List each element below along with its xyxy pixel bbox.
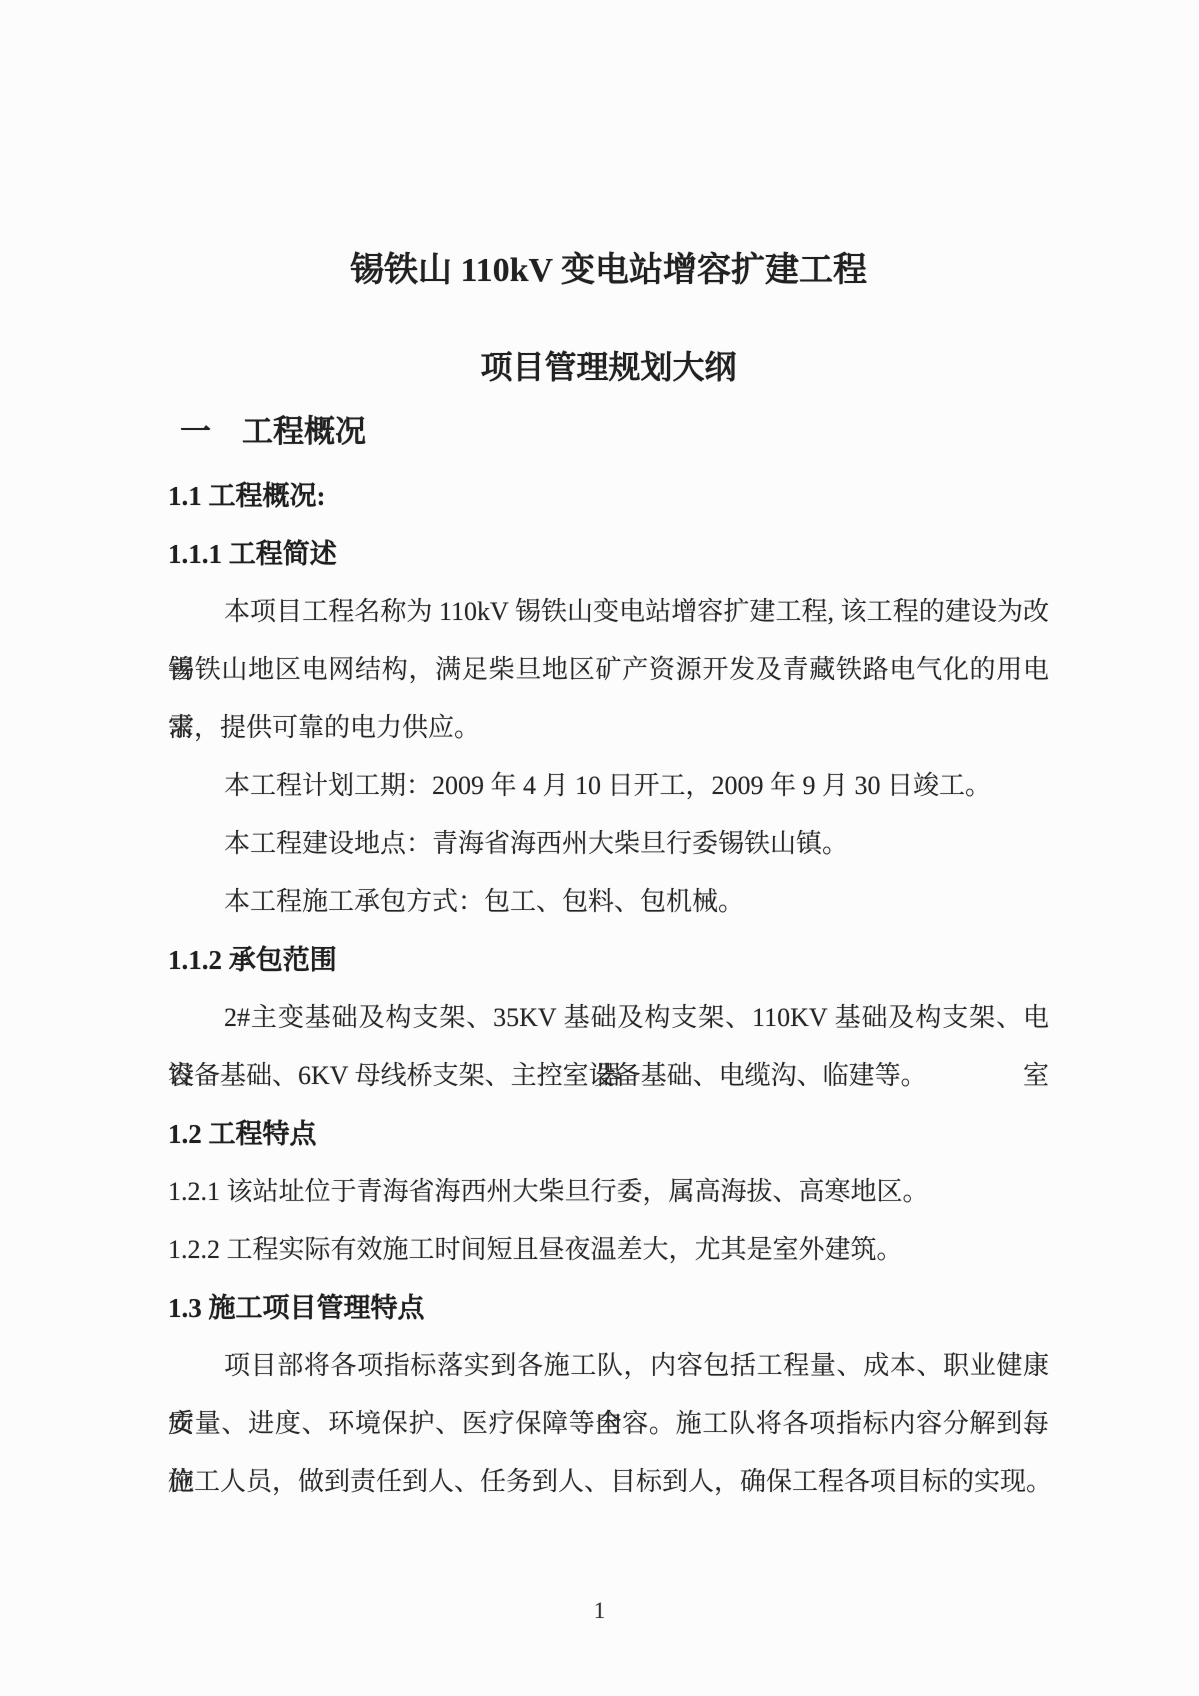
section-1-1-2-heading: 1.1.2 承包范围 (168, 931, 1049, 989)
paragraph-scope-line-2: 设备基础、6KV 母线桥支架、主控室设备基础、电缆沟、临建等。 (168, 1047, 1049, 1105)
paragraph-location: 本工程建设地点：青海省海西州大柴旦行委锡铁山镇。 (168, 815, 1049, 873)
section-1-1-heading: 1.1 工程概况: (168, 467, 1049, 525)
section-1-1-1-heading: 1.1.1 工程简述 (168, 525, 1049, 583)
document-title: 锡铁山 110kV 变电站增容扩建工程 (168, 246, 1049, 296)
paragraph-overview-line-1: 本项目工程名称为 110kV 锡铁山变电站增容扩建工程, 该工程的建设为改善 (168, 583, 1049, 641)
paragraph-mgmt-line-1: 项目部将各项指标落实到各施工队，内容包括工程量、成本、职业健康安全、 (168, 1337, 1049, 1395)
paragraph-contract-mode: 本工程施工承包方式：包工、包料、包机械。 (168, 873, 1049, 931)
document-body: 锡铁山 110kV 变电站增容扩建工程 项目管理规划大纲 一 工程概况 1.1 … (168, 0, 1049, 1511)
paragraph-mgmt-line-2: 质量、进度、环境保护、医疗保障等内容。施工队将各项指标内容分解到每位 (168, 1395, 1049, 1453)
document-subtitle: 项目管理规划大纲 (168, 342, 1049, 392)
paragraph-schedule: 本工程计划工期：2009 年 4 月 10 日开工，2009 年 9 月 30 … (168, 757, 1049, 815)
section-1-3-heading: 1.3 施工项目管理特点 (168, 1279, 1049, 1337)
section-1-2-heading: 1.2 工程特点 (168, 1105, 1049, 1163)
paragraph-scope-line-1: 2#主变基础及构支架、35KV 基础及构支架、110KV 基础及构支架、电容器室 (168, 989, 1049, 1047)
document-page: 锡铁山 110kV 变电站增容扩建工程 项目管理规划大纲 一 工程概况 1.1 … (0, 0, 1199, 1696)
paragraph-overview-line-3: 求，提供可靠的电力供应。 (168, 699, 1049, 757)
paragraph-mgmt-line-3: 施工人员，做到责任到人、任务到人、目标到人，确保工程各项目标的实现。 (168, 1453, 1049, 1511)
paragraph-overview-line-2: 锡铁山地区电网结构，满足柴旦地区矿产资源开发及青藏铁路电气化的用电需 (168, 641, 1049, 699)
page-number: 1 (0, 1582, 1199, 1640)
clause-1-2-2: 1.2.2 工程实际有效施工时间短且昼夜温差大，尤其是室外建筑。 (168, 1221, 1049, 1279)
clause-1-2-1: 1.2.1 该站址位于青海省海西州大柴旦行委，属高海拔、高寒地区。 (168, 1163, 1049, 1221)
chapter-1-heading: 一 工程概况 (168, 403, 1049, 461)
